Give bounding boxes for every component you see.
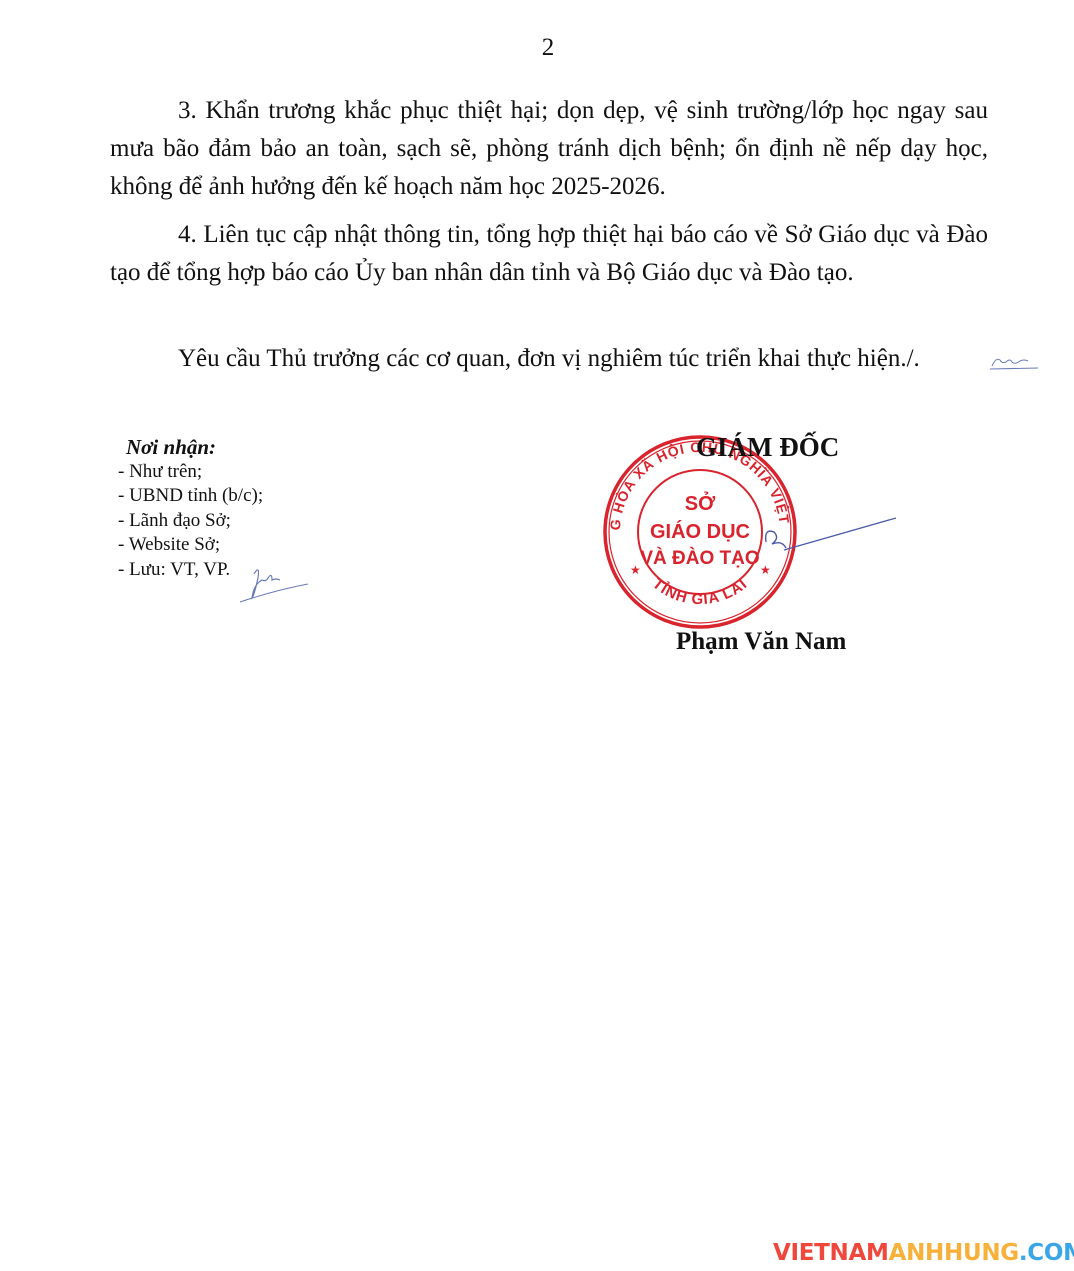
watermark: VIETNAMANHHUNG.COM — [773, 1240, 1074, 1266]
initial-signature-icon — [988, 352, 1040, 374]
stamp-bottom-text: TỈNH GIA LAI — [649, 575, 751, 608]
star-icon: ★ — [630, 563, 641, 577]
paragraph-text: 4. Liên tục cập nhật thông tin, tổng hợp… — [110, 216, 988, 292]
paragraph-item-3: 3. Khẩn trương khắc phục thiệt hại; dọn … — [110, 92, 988, 206]
stamp-center-line: SỞ — [685, 491, 716, 515]
signer-name: Phạm Văn Nam — [676, 628, 846, 656]
watermark-part: VIETNAM — [773, 1240, 889, 1266]
svg-text:TỈNH GIA LAI: TỈNH GIA LAI — [649, 575, 751, 608]
recipients-title: Nơi nhận: — [126, 435, 263, 460]
initial-signature-icon — [236, 560, 316, 606]
closing-paragraph: Yêu cầu Thủ trưởng các cơ quan, đơn vị n… — [110, 340, 988, 378]
paragraph-item-4: 4. Liên tục cập nhật thông tin, tổng hợp… — [110, 216, 988, 292]
watermark-part: ANHHUNG — [889, 1240, 1019, 1266]
recipient-item: - Website Sở; — [118, 533, 263, 558]
stamp-center-line: GIÁO DỤC — [650, 520, 750, 543]
signer-title: GIÁM ĐỐC — [696, 432, 839, 463]
stamp-center-line: VÀ ĐÀO TẠO — [640, 547, 759, 569]
recipient-item: - Như trên; — [118, 460, 263, 485]
star-icon: ★ — [760, 563, 771, 577]
recipient-item: - UBND tỉnh (b/c); — [118, 484, 263, 509]
recipient-item: - Lãnh đạo Sở; — [118, 509, 263, 534]
paragraph-text: 3. Khẩn trương khắc phục thiệt hại; dọn … — [110, 92, 988, 206]
paragraph-text: Yêu cầu Thủ trưởng các cơ quan, đơn vị n… — [110, 340, 988, 378]
watermark-part: .COM — [1019, 1240, 1074, 1266]
page-number: 2 — [0, 34, 1074, 62]
director-signature-icon — [760, 514, 900, 564]
